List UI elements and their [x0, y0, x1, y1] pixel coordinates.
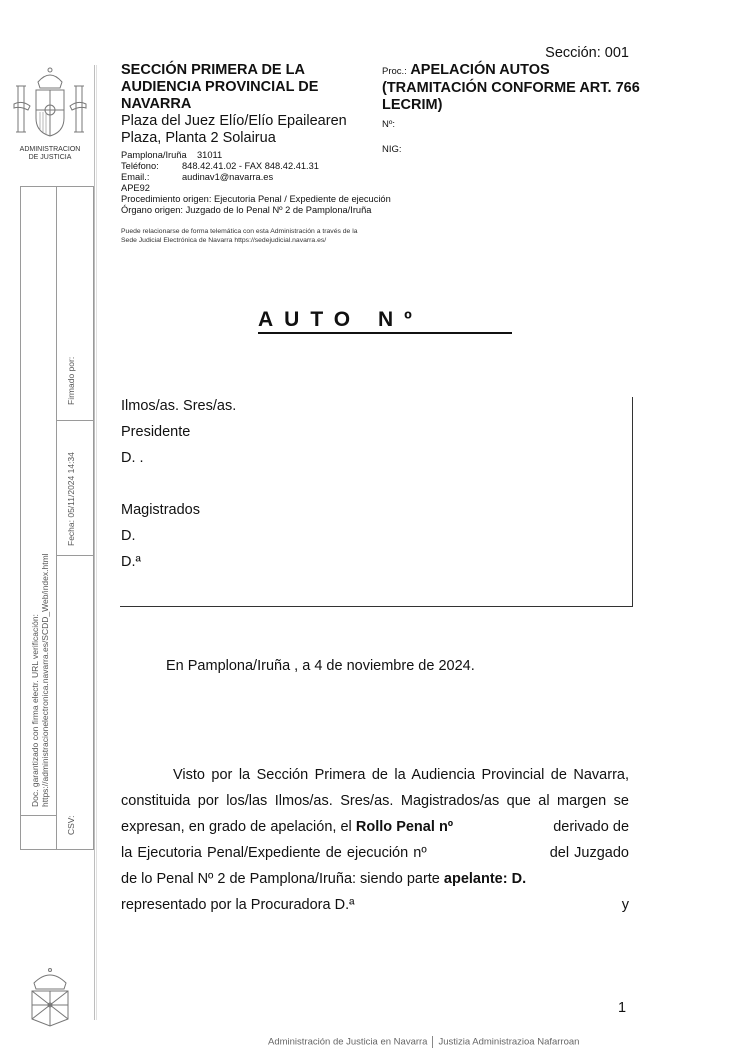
phone-label: Teléfono:: [121, 161, 182, 172]
sede-notice-line-2: Sede Judicial Electrónica de Navarra htt…: [121, 236, 421, 245]
address-line-2: Plaza, Planta 2 Solairua: [121, 130, 381, 147]
seccion-number: Sección: 001: [520, 45, 629, 61]
phone-line: Teléfono:848.42.41.02 - FAX 848.42.41.31: [121, 161, 441, 172]
margin-rule-shadow: [96, 65, 97, 1020]
logo-caption: ADMINISTRACION DE JUSTICIA: [8, 146, 92, 162]
verification-url[interactable]: https://administracionelectronica.navarr…: [40, 553, 50, 807]
signature-box-divider: [56, 420, 94, 421]
procedimiento-origen: Procedimiento origen: Ejecutoria Penal /…: [121, 194, 441, 205]
page-number: 1: [618, 1000, 626, 1016]
place-date: En Pamplona/Iruña , a 4 de noviembre de …: [166, 658, 475, 674]
president-name: D. .: [121, 450, 144, 466]
proc-value: APELACIÓN AUTOS (TRAMITACIÓN CONFORME AR…: [382, 62, 640, 113]
signature-box-divider: [20, 815, 56, 816]
magistrate-1: D.: [121, 528, 136, 544]
signature-box-divider: [56, 186, 57, 850]
body-paragraph: Visto por la Sección Primera de la Audie…: [121, 762, 629, 918]
email-label: Email.:: [121, 172, 182, 183]
footer: Administración de Justicia en NavarraJus…: [268, 1036, 579, 1048]
signature-date: Fecha: 05/11/2024 14:34: [66, 452, 76, 546]
postal-code: 31011: [197, 150, 222, 160]
rollo-penal-label: Rollo Penal nº: [356, 819, 453, 835]
code: APE92: [121, 183, 441, 194]
csv-label: CSV:: [66, 815, 76, 835]
footer-right: Justizia Administrazioa Nafarroan: [438, 1037, 579, 1048]
doc-guarantee-text: Doc. garantizado con firma electr. URL v…: [30, 614, 40, 807]
sede-notice-line-1: Puede relacionarse de forma telemática c…: [121, 227, 421, 236]
organo-origen: Órgano origen: Juzgado de lo Penal Nº 2 …: [121, 205, 441, 216]
email-value[interactable]: audinav1@navarra.es: [182, 172, 273, 182]
sede-notice: Puede relacionarse de forma telemática c…: [121, 227, 421, 245]
logo-caption-line-2: DE JUSTICIA: [8, 154, 92, 162]
margin-rule: [94, 65, 95, 1020]
footer-separator: [432, 1036, 433, 1048]
proc-label: Proc.:: [382, 66, 407, 77]
apelante-label: apelante: D.: [444, 871, 526, 887]
footer-left: Administración de Justicia en Navarra: [268, 1037, 427, 1048]
magistrates-heading: Ilmos/as. Sres/as.: [121, 398, 236, 414]
signature-box-divider: [56, 555, 94, 556]
procedure-type: Proc.: APELACIÓN AUTOS (TRAMITACIÓN CONF…: [382, 62, 642, 114]
nig-label: NIG:: [382, 144, 402, 155]
email-line: Email.:audinav1@navarra.es: [121, 172, 441, 183]
firmado-por-label: Firmado por:: [66, 357, 76, 405]
paragraph-text: y: [622, 892, 629, 918]
magistrate-2: D.ª: [121, 554, 141, 570]
court-address: Plaza del Juez Elío/Elío Epailearen Plaz…: [121, 113, 381, 147]
spain-coat-of-arms-icon: [10, 60, 90, 148]
document-title: AUTO Nº: [258, 308, 512, 334]
numero-label: Nº:: [382, 119, 395, 130]
president-label: Presidente: [121, 424, 190, 440]
city: Pamplona/Iruña: [121, 150, 187, 160]
magistrates-label: Magistrados: [121, 502, 200, 518]
logo-caption-line-1: ADMINISTRACION: [8, 146, 92, 154]
contact-block: Pamplona/Iruña 31011 Teléfono:848.42.41.…: [121, 150, 441, 216]
phone-value: 848.42.41.02 - FAX 848.42.41.31: [182, 161, 319, 171]
paragraph-text: representado por la Procuradora D.ª: [121, 897, 354, 913]
address-line-1: Plaza del Juez Elío/Elío Epailearen: [121, 113, 381, 130]
navarra-coat-of-arms-icon: [26, 965, 74, 1027]
court-name: SECCIÓN PRIMERA DE LA AUDIENCIA PROVINCI…: [121, 62, 381, 113]
